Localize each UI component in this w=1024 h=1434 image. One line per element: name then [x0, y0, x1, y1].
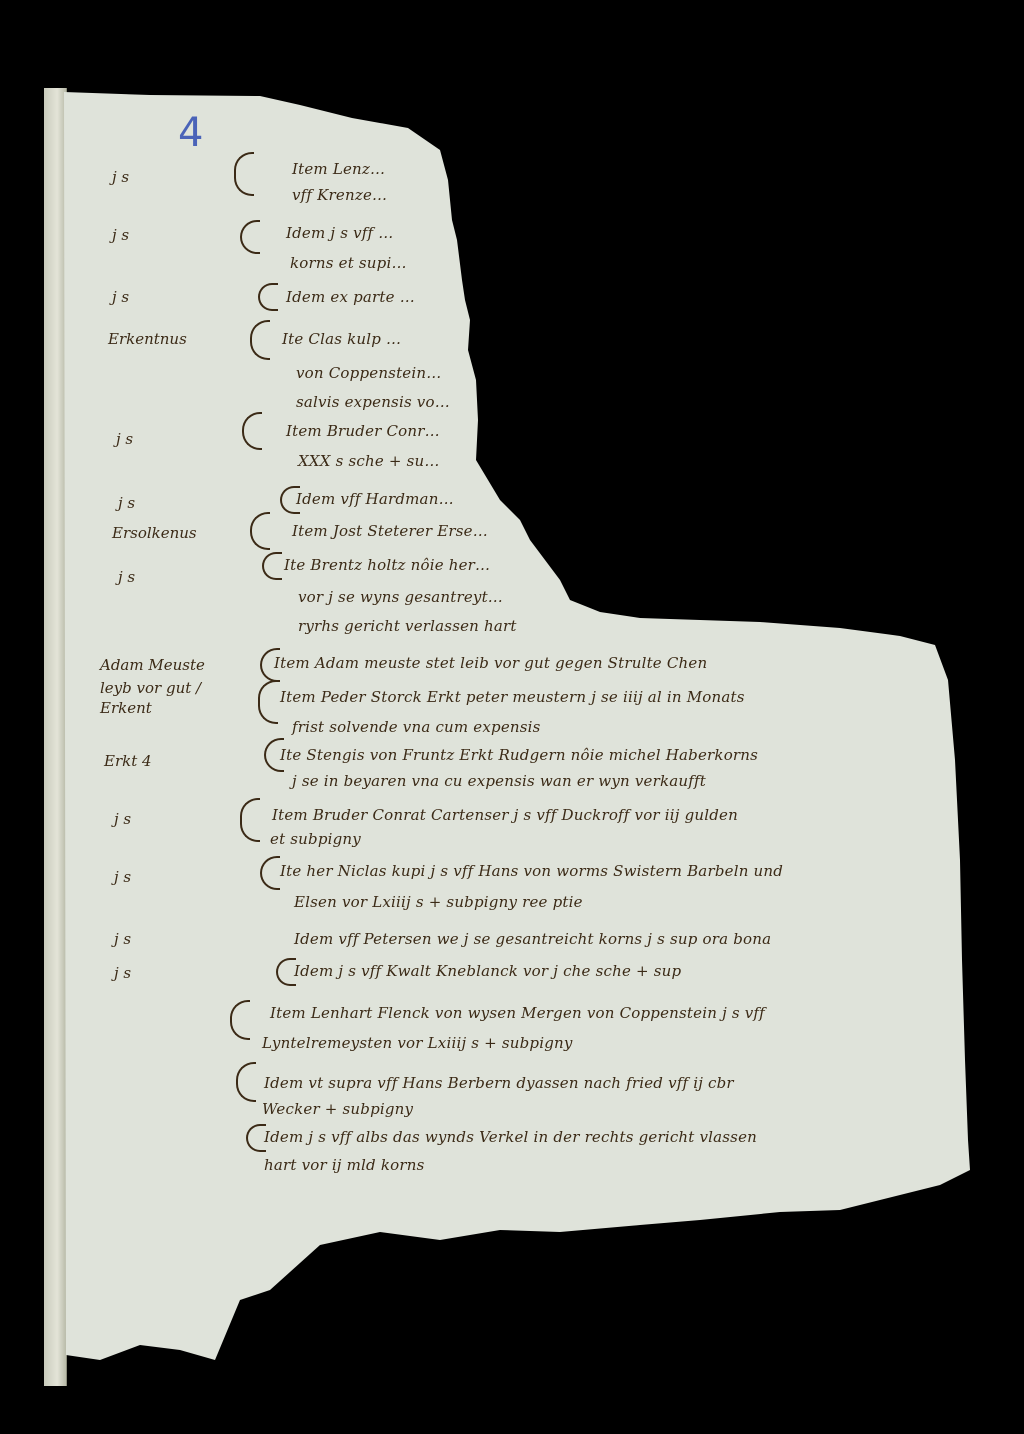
entry-line: Idem vff Petersen we j se gesantreicht k… — [294, 930, 771, 948]
entry-line: et subpigny — [270, 830, 361, 848]
entry-line: Idem vff Hardman… — [296, 490, 454, 508]
entry-line: Item Jost Steterer Erse… — [292, 522, 488, 540]
manuscript-scan: 4 j s Item Lenz… vff Krenze… j s Idem j … — [0, 0, 1024, 1434]
entry-line: Idem vt supra vff Hans Berbern dyassen n… — [264, 1074, 734, 1092]
entry-line: korns et supi… — [290, 254, 407, 272]
margin-note: j s — [112, 288, 129, 306]
entry-line: Ite her Niclas kupi j s vff Hans von wor… — [280, 862, 783, 880]
entry-line: Item Bruder Conr… — [286, 422, 440, 440]
entry-line: ryrhs gericht verlassen hart — [298, 617, 517, 635]
entry-line: Ite Clas kulp … — [282, 330, 401, 348]
entry-line: Idem ex parte … — [286, 288, 415, 306]
entry-line: vor j se wyns gesantreyt… — [298, 588, 503, 606]
entry-line: vff Krenze… — [292, 186, 387, 204]
item-flourish-icon — [246, 1124, 266, 1152]
margin-note: j s — [114, 868, 131, 886]
margin-note: j s — [116, 430, 133, 448]
entry-line: Ite Stengis von Fruntz Erkt Rudgern nôie… — [280, 746, 758, 764]
margin-note: leyb vor gut / Erkent — [100, 678, 210, 718]
margin-note: Adam Meuste — [100, 656, 205, 674]
margin-note: j s — [114, 964, 131, 982]
entry-line: Item Adam meuste stet leib vor gut gegen… — [274, 654, 707, 672]
entry-line: Lyntelremeysten vor Lxiiij s + subpigny — [262, 1034, 573, 1052]
entry-line: von Coppenstein… — [296, 364, 441, 382]
item-flourish-icon — [258, 283, 278, 311]
margin-note: Erkt 4 — [104, 752, 152, 770]
entry-line: Ite Brentz holtz nôie her… — [284, 556, 490, 574]
margin-note: j s — [118, 568, 135, 586]
entry-line: hart vor ij mld korns — [264, 1156, 424, 1174]
margin-note: Ersolkenus — [112, 524, 197, 542]
parchment-page: 4 j s Item Lenz… vff Krenze… j s Idem j … — [0, 0, 1024, 1434]
entry-line: Idem j s vff albs das wynds Verkel in de… — [264, 1128, 757, 1146]
entry-line: XXX s sche + su… — [298, 452, 440, 470]
margin-note: j s — [112, 168, 129, 186]
entry-line: Idem j s vff … — [286, 224, 393, 242]
entry-line: salvis expensis vo… — [296, 393, 450, 411]
folio-number: 4 — [178, 110, 203, 156]
entry-line: Item Bruder Conrat Cartenser j s vff Duc… — [272, 806, 738, 824]
entry-line: Item Peder Storck Erkt peter meustern j … — [280, 688, 745, 706]
entry-line: Idem j s vff Kwalt Kneblanck vor j che s… — [294, 962, 681, 980]
item-flourish-icon — [262, 552, 282, 580]
entry-line: j se in beyaren vna cu expensis wan er w… — [292, 772, 706, 790]
entry-line: Wecker + subpigny — [262, 1100, 413, 1118]
entry-line: Item Lenhart Flenck von wysen Mergen von… — [270, 1004, 765, 1022]
margin-note: j s — [114, 930, 131, 948]
margin-note: j s — [118, 494, 135, 512]
margin-note: j s — [112, 226, 129, 244]
margin-note: j s — [114, 810, 131, 828]
margin-note: Erkentnus — [108, 330, 187, 348]
item-flourish-icon — [276, 958, 296, 986]
entry-line: Elsen vor Lxiiij s + subpigny ree ptie — [294, 893, 583, 911]
entry-line: frist solvende vna cum expensis — [292, 718, 541, 736]
entry-line: Item Lenz… — [292, 160, 385, 178]
